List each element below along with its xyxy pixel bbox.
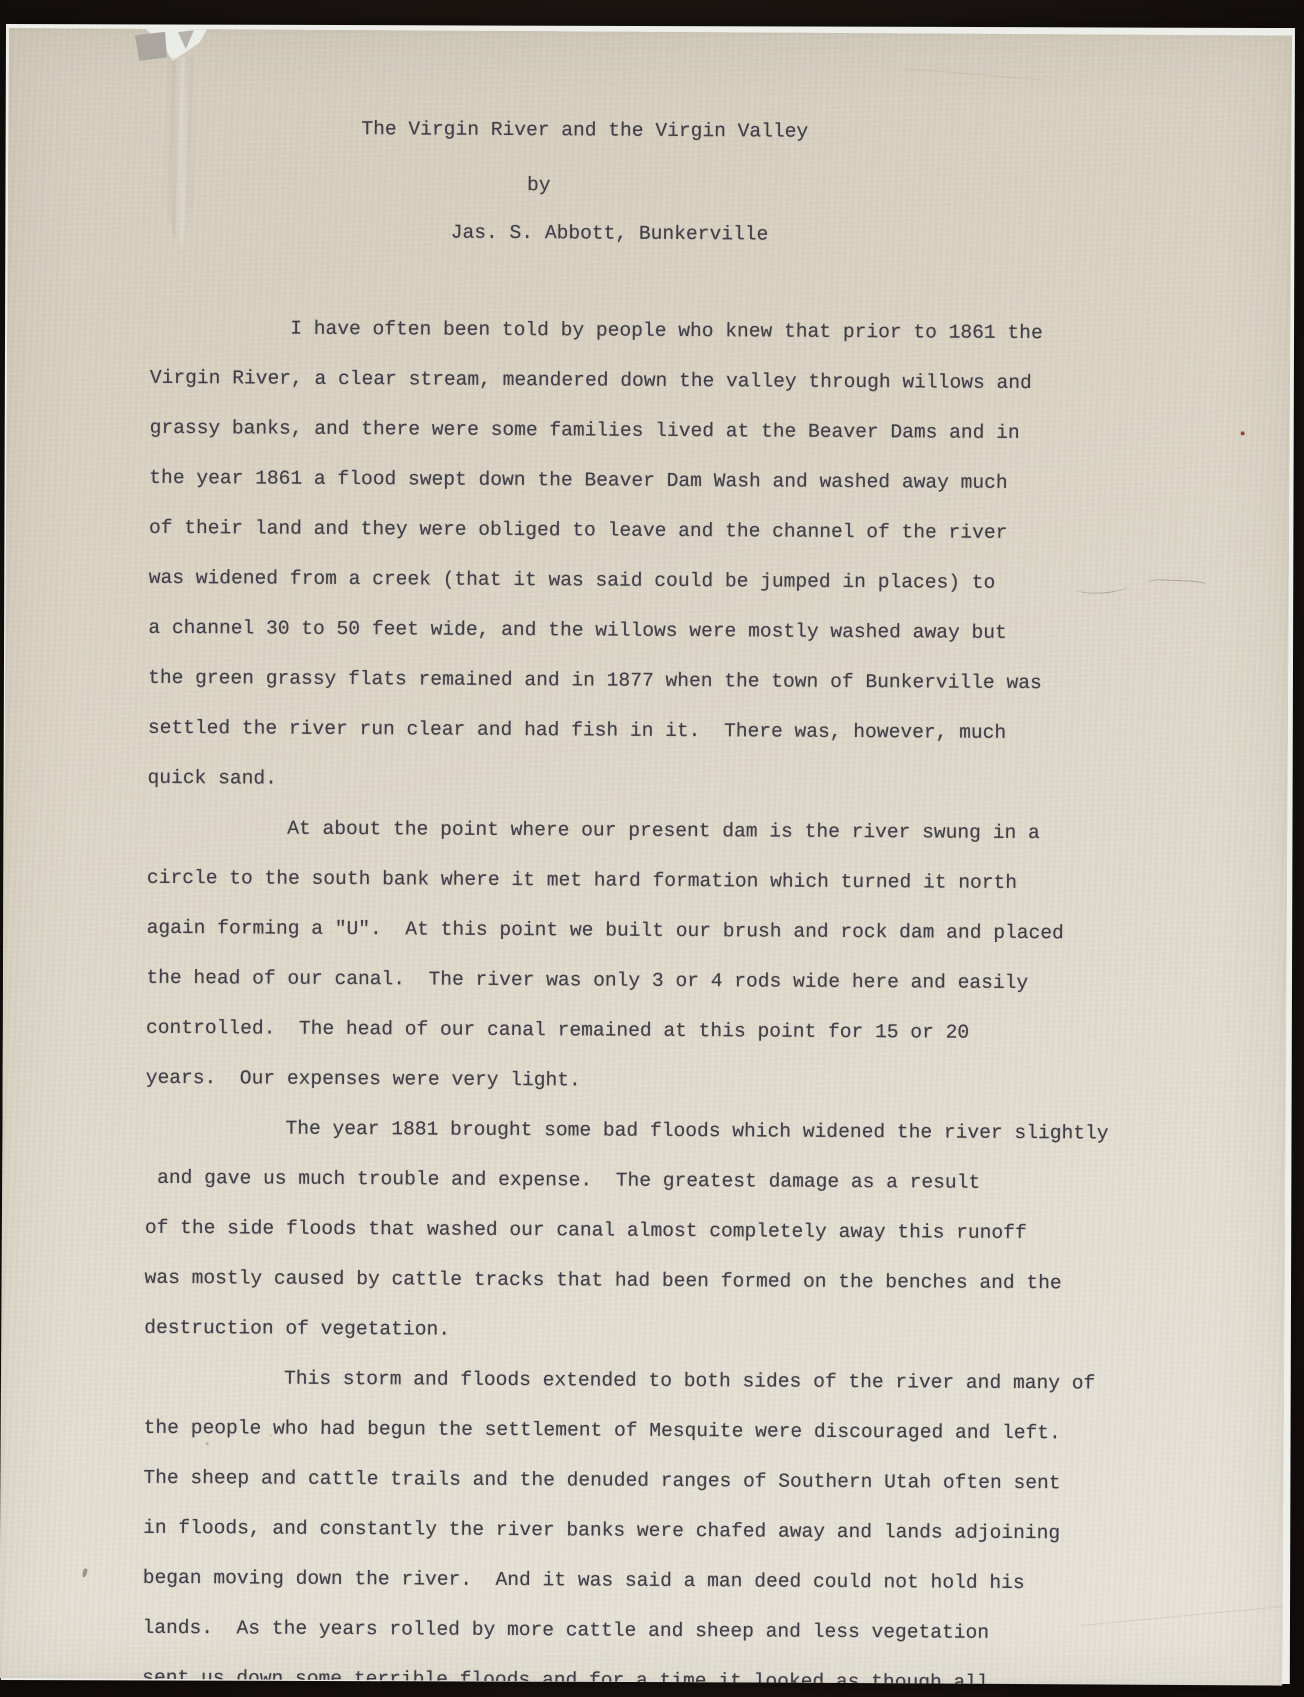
ink-dot xyxy=(1241,431,1245,435)
text-line: was widened from a creek (that it was sa… xyxy=(149,566,996,595)
scan-background: { "scan": { "background_color": "#1a1411… xyxy=(0,0,1304,1697)
text-line: controlled. The head of our canal remain… xyxy=(146,1016,969,1045)
paper-speck xyxy=(206,1442,209,1445)
page-title: The Virgin River and the Virgin Valley xyxy=(361,117,808,144)
text-line: Virgin River, a clear stream, meandered … xyxy=(150,366,1032,395)
text-line: the people who had begun the settlement … xyxy=(144,1416,1061,1445)
text-line: The year 1881 brought some bad floods wh… xyxy=(145,1116,1108,1146)
text-line: The sheep and cattle trails and the denu… xyxy=(143,1466,1060,1495)
text-line: This storm and floods extended to both s… xyxy=(144,1366,1095,1396)
text-line: grassy banks, and there were some famili… xyxy=(150,416,1020,445)
text-line: I have often been told by people who kne… xyxy=(150,316,1043,345)
pencil-mark xyxy=(1147,579,1207,589)
torn-flap xyxy=(135,32,167,61)
text-line: settled the river run clear and had fish… xyxy=(148,716,1006,745)
text-line: in floods, and constantly the river bank… xyxy=(143,1516,1060,1545)
text-line: years. Our expenses were very light. xyxy=(146,1066,581,1093)
text-line: a channel 30 to 50 feet wide, and the wi… xyxy=(148,616,1006,645)
text-line: began moving down the river. And it was … xyxy=(143,1566,1025,1595)
text-line: again forming a "U". At this point we bu… xyxy=(147,916,1064,945)
text-line: of their land and they were obliged to l… xyxy=(149,516,1007,545)
text-line: the green grassy flats remained and in 1… xyxy=(148,666,1042,695)
text-line: destruction of vegetation. xyxy=(144,1316,450,1342)
text-line: circle to the south bank where it met ha… xyxy=(147,866,1017,895)
text-line: quick sand. xyxy=(147,766,276,791)
text-line: was mostly caused by cattle tracks that … xyxy=(145,1266,1062,1295)
pencil-mark xyxy=(1077,585,1129,595)
text-line: and gave us much trouble and expense. Th… xyxy=(145,1166,980,1195)
paper-crease xyxy=(164,57,197,243)
fold-line-top-right xyxy=(904,68,1044,81)
text-line: the head of our canal. The river was onl… xyxy=(146,966,1028,995)
text-line: At about the point where our present dam… xyxy=(147,816,1040,845)
text-line: the year 1861 a flood swept down the Bea… xyxy=(149,466,1007,495)
text-line: of the side floods that washed our canal… xyxy=(145,1216,1027,1245)
author-line: Jas. S. Abbott, Bunkerville xyxy=(451,221,769,247)
byline: by xyxy=(527,173,551,197)
fold-line-bottom-right xyxy=(1080,1605,1292,1626)
stray-mark xyxy=(82,1568,88,1578)
text-line: lands. As the years rolled by more cattl… xyxy=(142,1616,989,1645)
paper-speck xyxy=(270,1435,272,1437)
document-page: The Virgin River and the Virgin Valley b… xyxy=(0,28,1292,1686)
text-line: sent us down some terrible floods and fo… xyxy=(142,1666,989,1686)
